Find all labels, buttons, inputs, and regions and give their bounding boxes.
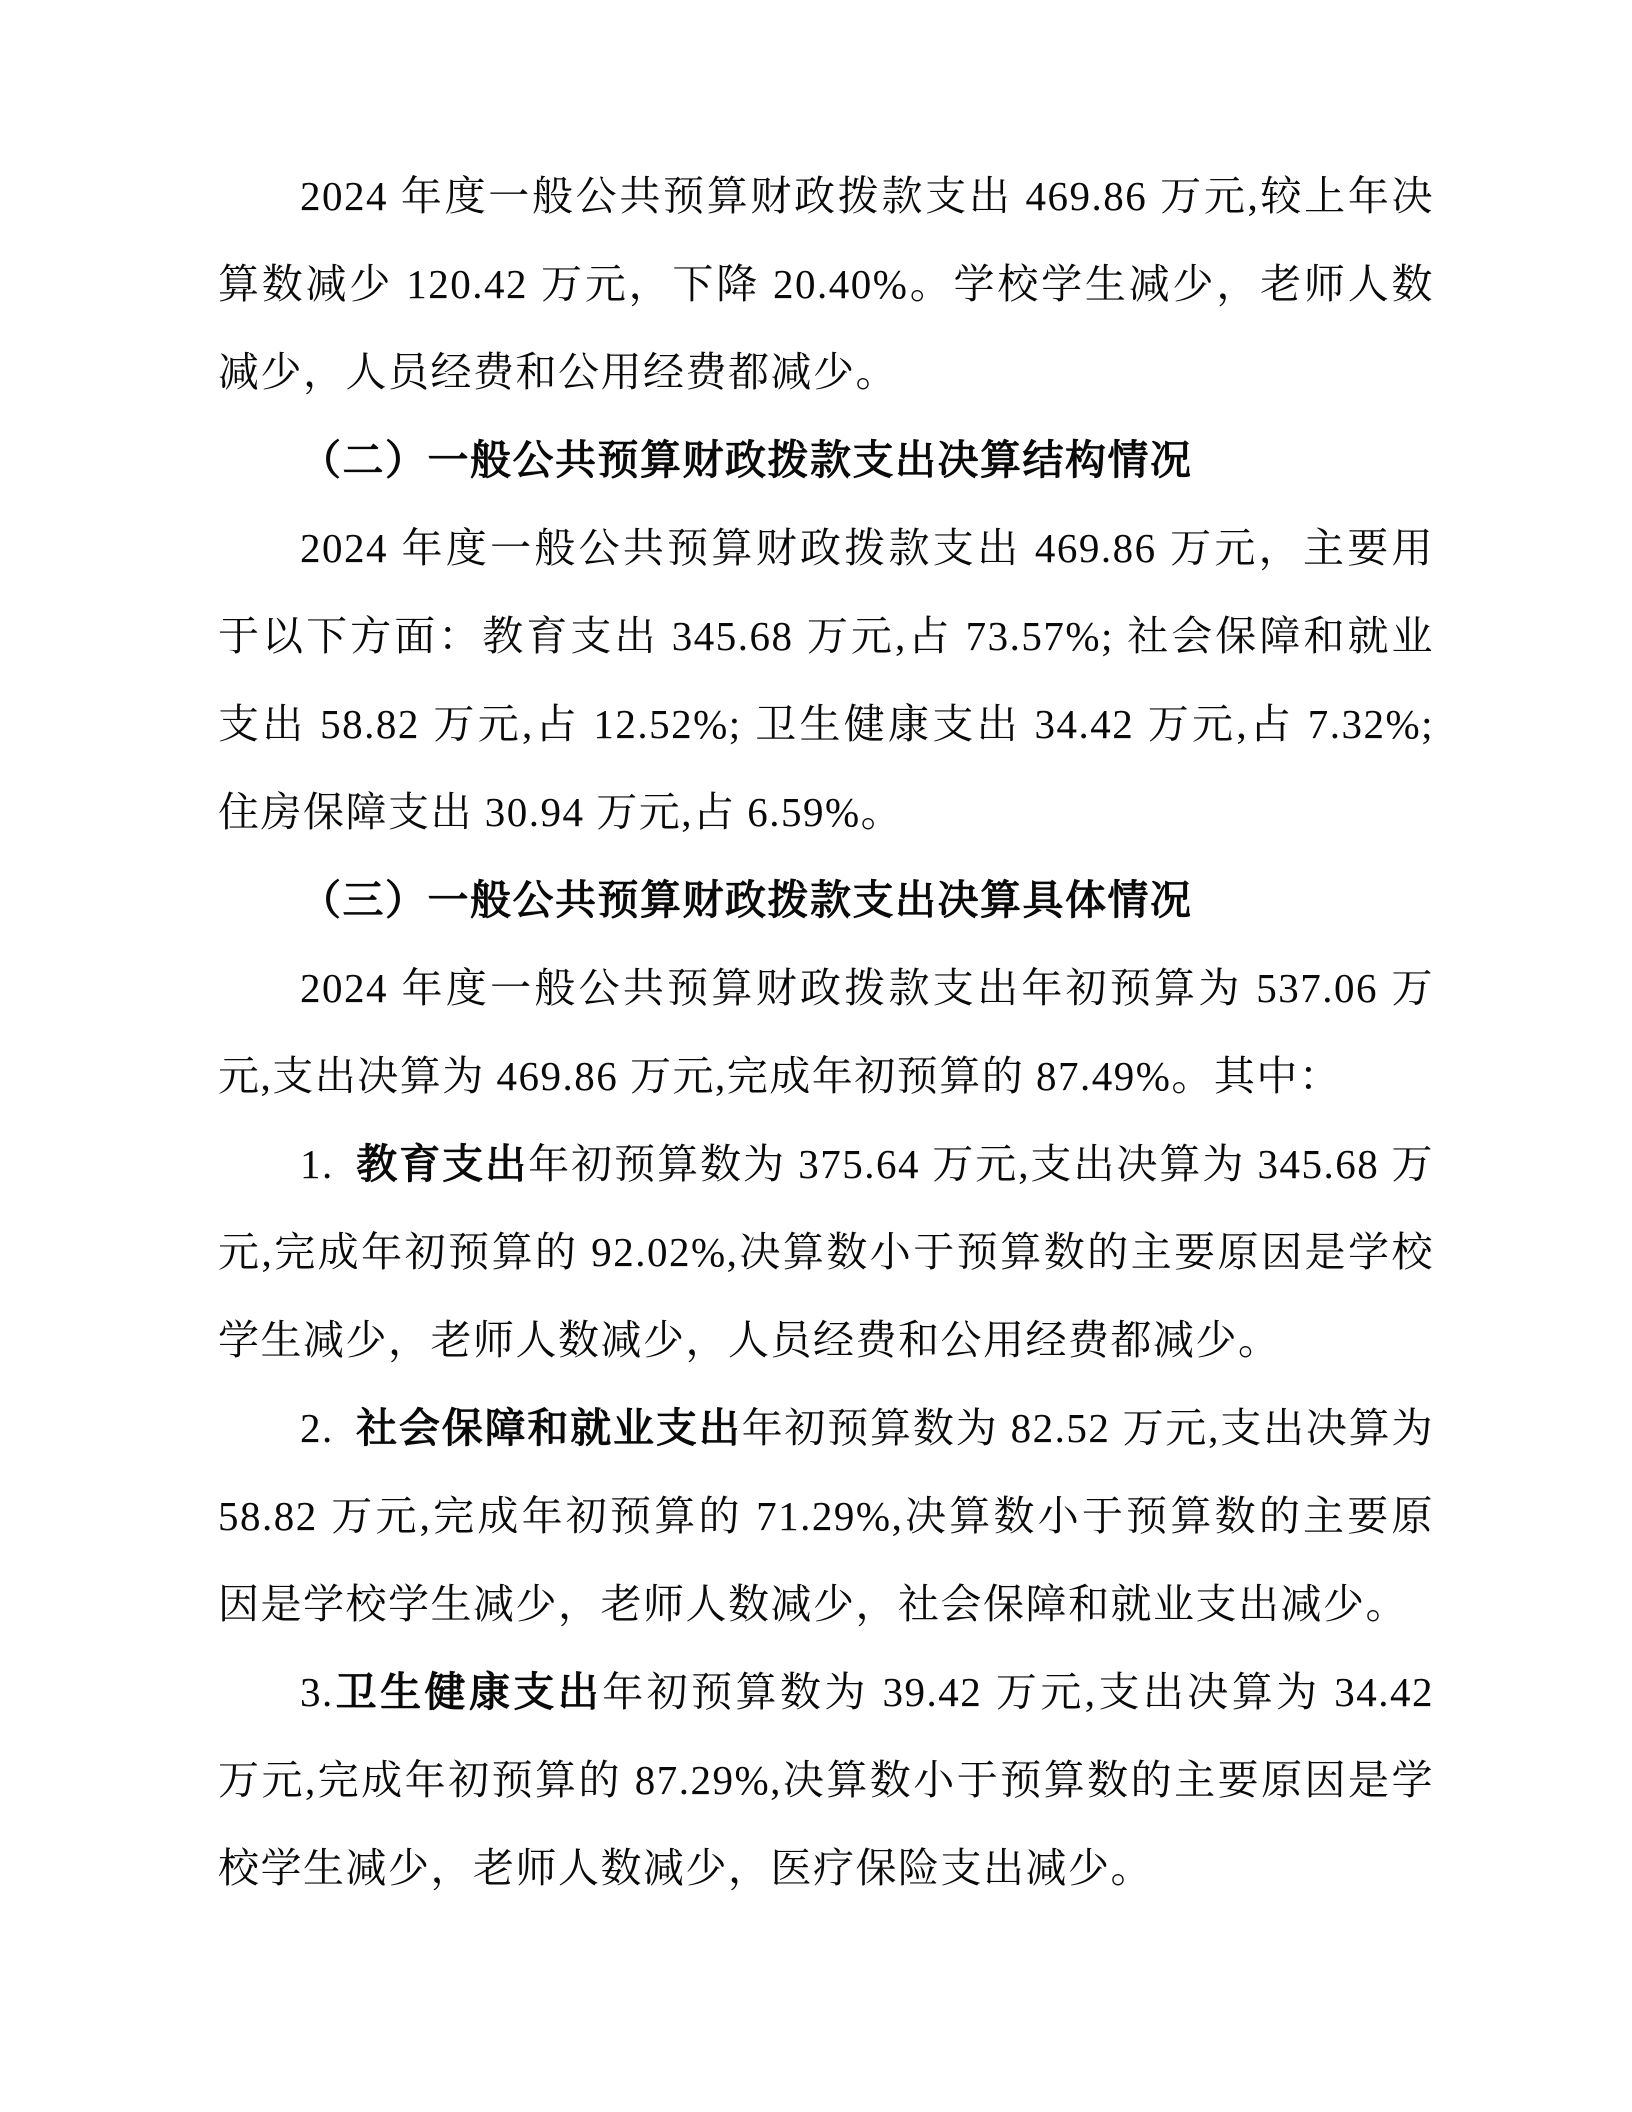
list-item-2-social-security-expenditure: 2. 社会保障和就业支出年初预算数为 82.52 万元,支出决算为 58.82 … <box>218 1384 1434 1648</box>
heading-text: （二）一般公共预算财政拨款支出决算结构情况 <box>300 437 1193 483</box>
paragraph-text: 2024 年度一般公共预算财政拨款支出 469.86 万元,较上年决算数减少 1… <box>218 173 1434 395</box>
paragraph-budget-vs-final: 2024 年度一般公共预算财政拨款支出年初预算为 537.06 万元,支出决算为… <box>218 944 1434 1120</box>
item-number: 1. <box>300 1141 356 1187</box>
item-category-term: 教育支出 <box>356 1141 528 1187</box>
paragraph-text: 2024 年度一般公共预算财政拨款支出年初预算为 537.06 万元,支出决算为… <box>218 965 1434 1099</box>
item-category-term: 社会保障和就业支出 <box>356 1405 742 1451</box>
heading-text: （三）一般公共预算财政拨款支出决算具体情况 <box>300 877 1193 923</box>
list-item-3-health-expenditure: 3.卫生健康支出年初预算数为 39.42 万元,支出决算为 34.42 万元,完… <box>218 1648 1434 1912</box>
document-body: 2024 年度一般公共预算财政拨款支出 469.86 万元,较上年决算数减少 1… <box>218 152 1434 1912</box>
paragraph-text: 2024 年度一般公共预算财政拨款支出 469.86 万元，主要用于以下方面：教… <box>218 525 1434 835</box>
paragraph-budget-expenditure-summary: 2024 年度一般公共预算财政拨款支出 469.86 万元,较上年决算数减少 1… <box>218 152 1434 416</box>
list-item-1-education-expenditure: 1. 教育支出年初预算数为 375.64 万元,支出决算为 345.68 万元,… <box>218 1120 1434 1384</box>
section-heading-2-expenditure-structure: （二）一般公共预算财政拨款支出决算结构情况 <box>218 416 1434 504</box>
document-page: 2024 年度一般公共预算财政拨款支出 469.86 万元,较上年决算数减少 1… <box>0 0 1632 2112</box>
item-category-term: 卫生健康支出 <box>334 1669 603 1715</box>
section-heading-3-expenditure-specifics: （三）一般公共预算财政拨款支出决算具体情况 <box>218 856 1434 944</box>
item-number: 2. <box>300 1405 356 1451</box>
paragraph-expenditure-structure-detail: 2024 年度一般公共预算财政拨款支出 469.86 万元，主要用于以下方面：教… <box>218 504 1434 856</box>
item-number: 3. <box>300 1669 334 1715</box>
